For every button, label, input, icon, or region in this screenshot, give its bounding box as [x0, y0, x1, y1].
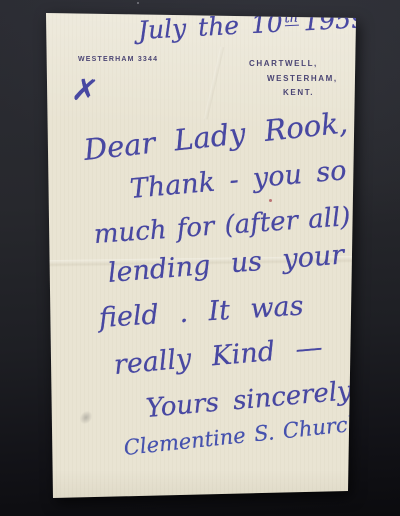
- paper-shadow-wrap: WESTERHAM 3344 CHARTWELL, WESTERHAM, KEN…: [0, 0, 400, 516]
- letterhead-address-line-1: CHARTWELL,: [249, 59, 318, 68]
- date-ordinal-suffix: th: [284, 11, 298, 26]
- body-line-3: lending us your: [107, 241, 345, 286]
- salutation-line: Dear Lady Rook,: [82, 108, 349, 165]
- smudge-mark: [77, 408, 96, 427]
- body-line-5: really Kind —: [113, 334, 324, 379]
- body-line-1: Thank - you so: [129, 157, 348, 203]
- handwritten-date: July the 10th1959: [137, 6, 367, 43]
- letter-photo: WESTERHAM 3344 CHARTWELL, WESTERHAM, KEN…: [0, 0, 400, 516]
- letterhead-phone: WESTERHAM 3344: [78, 56, 158, 63]
- x-mark: ✗: [70, 74, 100, 108]
- letterhead-address-line-3: KENT.: [283, 88, 314, 97]
- fold-crease-top: [204, 46, 225, 119]
- letter-paper: WESTERHAM 3344 CHARTWELL, WESTERHAM, KEN…: [0, 0, 400, 516]
- date-year: 1959: [303, 4, 368, 36]
- letterhead-address-line-2: WESTERHAM,: [267, 74, 338, 83]
- body-line-4: field . It was: [98, 293, 304, 332]
- red-speck: [269, 199, 272, 202]
- date-prefix: July the 10: [137, 8, 283, 45]
